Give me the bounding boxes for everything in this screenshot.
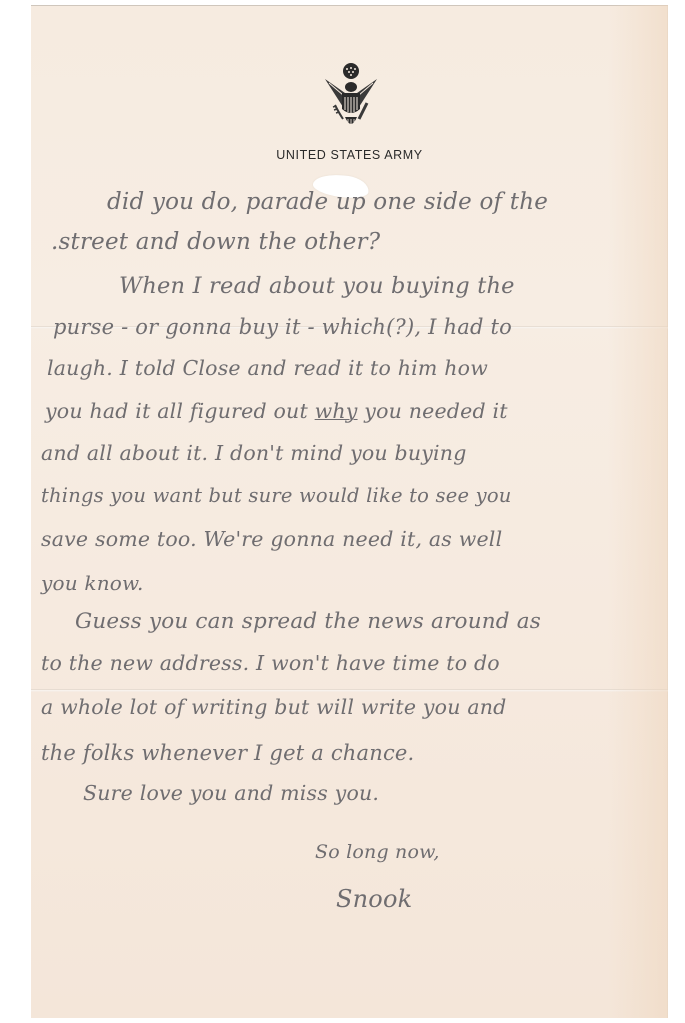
letterhead-title: UNITED STATES ARMY [31, 148, 668, 162]
letter-line-1: did you do, parade up one side of the [107, 191, 548, 214]
letter-line-15: Sure love you and miss you. [83, 783, 379, 804]
letter-line-4: purse - or gonna buy it - which(?), I ha… [53, 317, 512, 338]
letter-line-6-end: you needed it [364, 399, 507, 423]
underlined-word: why [315, 399, 358, 423]
letter-line-7: and all about it. I don't mind you buyin… [41, 443, 467, 464]
letter-line-8: things you want but sure would like to s… [41, 486, 512, 506]
letter-line-2: .street and down the other? [51, 231, 380, 254]
letter-line-6-start: you had it all figured out [45, 399, 308, 423]
letter-line-9: save some too. We're gonna need it, as w… [41, 529, 502, 550]
letter-signature: Snook [336, 887, 412, 911]
letter-line-6: you had it all figured out why you neede… [45, 401, 508, 422]
fold-crease-lower [31, 689, 668, 692]
letter-line-5: laugh. I told Close and read it to him h… [47, 358, 488, 379]
letter-closing: So long now, [315, 843, 440, 862]
letter-paper: UNITED STATES ARMY did you do, parade up… [31, 5, 668, 1018]
letter-line-10: you know. [41, 573, 144, 593]
letter-line-14: the folks whenever I get a chance. [41, 743, 414, 764]
letter-line-11: Guess you can spread the news around as [75, 611, 541, 633]
letter-line-13: a whole lot of writing but will write yo… [41, 697, 506, 718]
letter-line-3: When I read about you buying the [119, 275, 515, 298]
letter-line-12: to the new address. I won't have time to… [41, 653, 500, 674]
great-seal-eagle-icon [321, 61, 381, 135]
